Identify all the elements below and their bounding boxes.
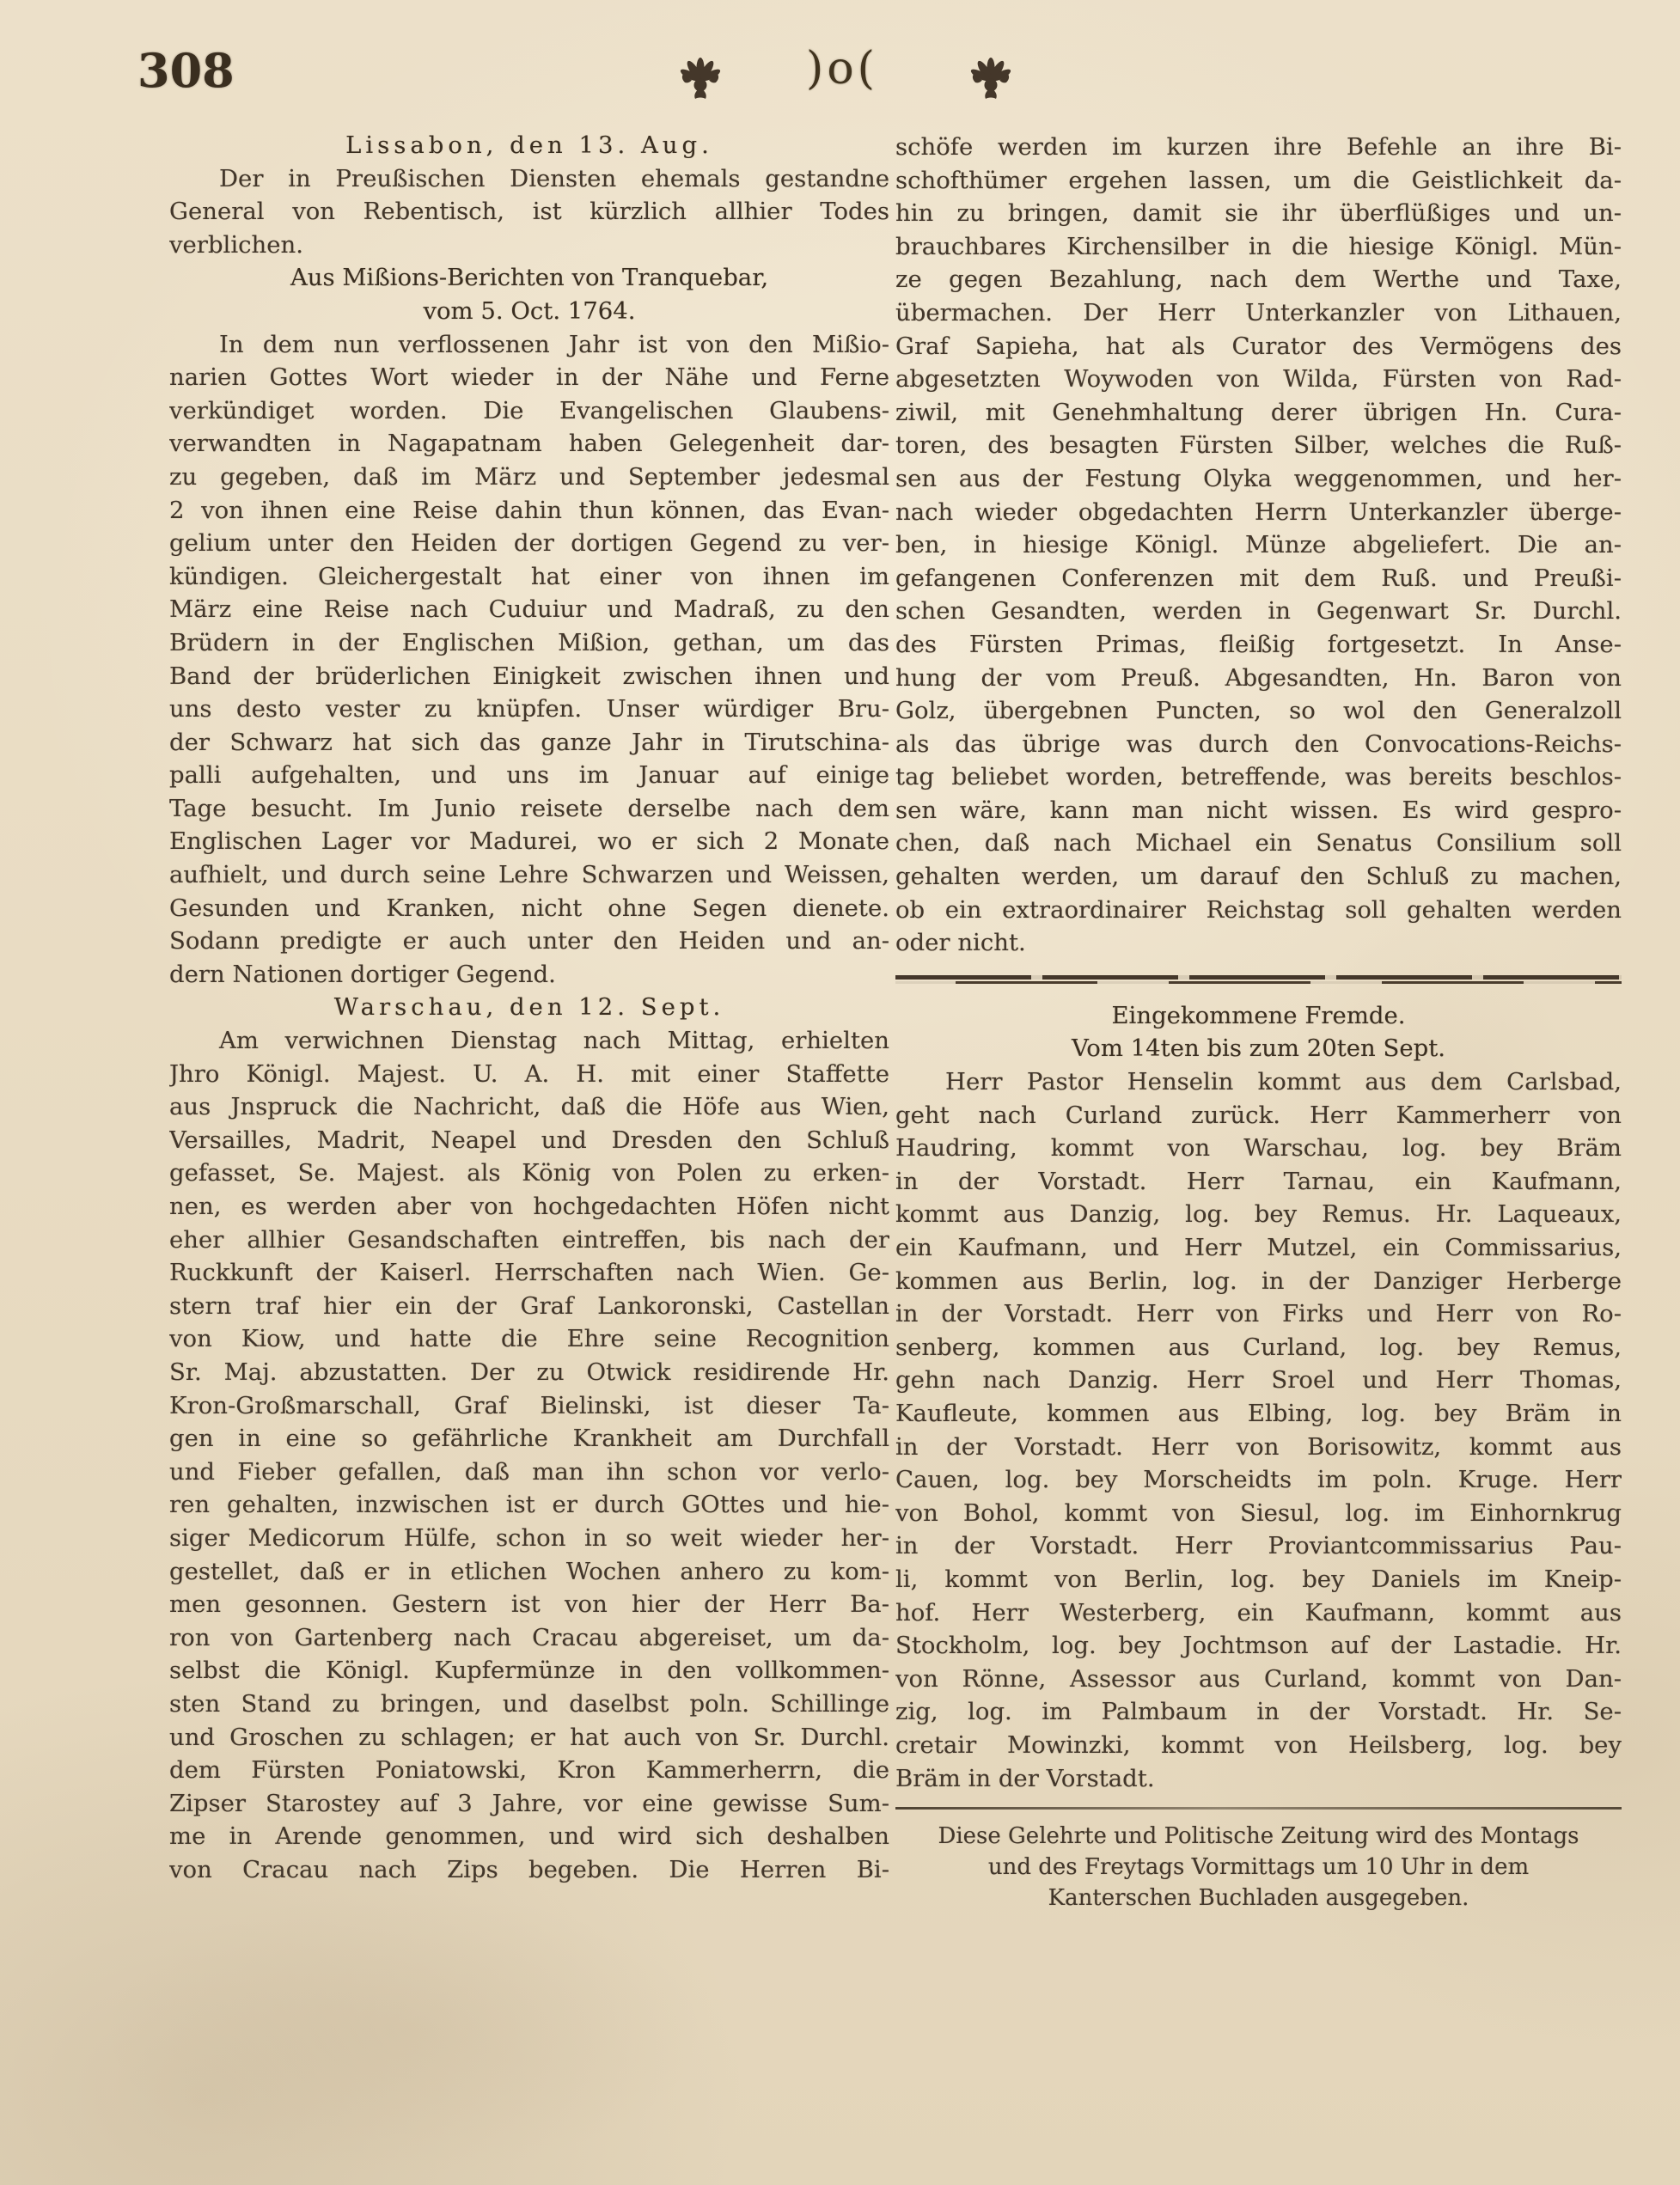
- text-line: stern traf hier ein der Graf Lankoronski…: [169, 1290, 889, 1323]
- divider-rule-thin: [895, 1807, 1622, 1810]
- text-line: aus Jnspruck die Nachricht, daß die Höfe…: [169, 1090, 889, 1124]
- text-line: Tage besucht. Im Junio reisete derselbe …: [169, 792, 889, 826]
- text-line: Am verwichnen Dienstag nach Mittag, erhi…: [169, 1024, 889, 1058]
- text-line: Golz, übergebnen Puncten, so wol den Gen…: [895, 694, 1622, 728]
- heading-line: Aus Mißions-Berichten von Tranquebar,: [169, 261, 889, 295]
- text-line: cretair Mowinzki, kommt von Heilsberg, l…: [895, 1729, 1622, 1762]
- text-line: und Groschen zu schlagen; er hat auch vo…: [169, 1721, 889, 1755]
- text-line: Herr Pastor Henselin kommt aus dem Carls…: [895, 1065, 1622, 1099]
- text-line: tag beliebet worden, betreffende, was be…: [895, 760, 1622, 794]
- text-line: Brüdern in der Englischen Mißion, gethan…: [169, 626, 889, 660]
- heading-line: Vom 14ten bis zum 20ten Sept.: [895, 1032, 1622, 1065]
- text-line: gefangenen Conferenzen mit dem Ruß. und …: [895, 562, 1622, 595]
- text-line: hin zu bringen, damit sie ihr überflüßig…: [895, 197, 1622, 230]
- text-line: Kaufleute, kommen aus Elbing, log. bey B…: [895, 1397, 1622, 1431]
- text-line: ob ein extraordinairer Reichstag soll ge…: [895, 894, 1622, 927]
- text-line: Haudring, kommt von Warschau, log. bey B…: [895, 1132, 1622, 1165]
- text-line: sen aus der Festung Olyka weggenommen, u…: [895, 462, 1622, 496]
- text-line: ben, in hiesige Königl. Münze abgeliefer…: [895, 528, 1622, 562]
- text-line: als das übrige was durch den Convocation…: [895, 728, 1622, 761]
- text-line: von Bohol, kommt von Siesul, log. im Ein…: [895, 1497, 1622, 1530]
- text-line: von Rönne, Assessor aus Curland, kommt v…: [895, 1663, 1622, 1696]
- text-line: sen wäre, kann man nicht wissen. Es wird…: [895, 794, 1622, 827]
- text-line: ziwil, mit Genehmhaltung derer übrigen H…: [895, 396, 1622, 430]
- text-line: ein Kaufmann, und Herr Mutzel, ein Commi…: [895, 1231, 1622, 1265]
- text-line: zig, log. im Palmbaum in der Vorstadt. H…: [895, 1695, 1622, 1729]
- text-line: oder nicht.: [895, 926, 1622, 960]
- text-line: Bräm in der Vorstadt.: [895, 1762, 1622, 1796]
- text-line: senberg, kommen aus Curland, log. bey Re…: [895, 1331, 1622, 1364]
- text-line: nach wieder obgedachten Herrn Unterkanzl…: [895, 496, 1622, 529]
- text-line: ren gehalten, inzwischen ist er durch GO…: [169, 1488, 889, 1522]
- column-left: Lissabon, den 13. Aug.Der in Preußischen…: [169, 129, 889, 1886]
- page-number: 308: [137, 43, 235, 98]
- fleuron-palmette-icon: [674, 53, 727, 107]
- text-line: und Fieber gefallen, daß man ihn schon v…: [169, 1456, 889, 1489]
- text-line: gehalten werden, um darauf den Schluß zu…: [895, 860, 1622, 894]
- text-line: hung der vom Preuß. Abgesandten, Hn. Bar…: [895, 662, 1622, 695]
- text-line: Versailles, Madrit, Neapel und Dresden d…: [169, 1124, 889, 1157]
- divider-rule-thick: [895, 974, 1622, 985]
- text-line: brauchbares Kirchensilber in die hiesige…: [895, 230, 1622, 264]
- ornament-separator: )o(: [806, 43, 878, 95]
- text-line: Zipser Starostey auf 3 Jahre, vor eine g…: [169, 1787, 889, 1821]
- text-line: Sr. Maj. abzustatten. Der zu Otwick resi…: [169, 1356, 889, 1389]
- text-line: gestellet, daß er in etlichen Wochen anh…: [169, 1555, 889, 1589]
- text-line: dem Fürsten Poniatowski, Kron Kammerherr…: [169, 1754, 889, 1787]
- text-line: schöfe werden im kurzen ihre Befehle an …: [895, 131, 1622, 164]
- text-line: März eine Reise nach Cuduiur und Madraß,…: [169, 593, 889, 626]
- text-line: gehn nach Danzig. Herr Sroel und Herr Th…: [895, 1364, 1622, 1397]
- text-line: gefasset, Se. Majest. als König von Pole…: [169, 1157, 889, 1190]
- text-line: Englischen Lager vor Madurei, wo er sich…: [169, 825, 889, 858]
- text-line: der Schwarz hat sich das ganze Jahr in T…: [169, 726, 889, 760]
- text-line: zu gegeben, daß im März und September je…: [169, 461, 889, 494]
- text-line: Jhro Königl. Majest. U. A. H. mit einer …: [169, 1058, 889, 1091]
- text-line: kommt aus Danzig, log. bey Remus. Hr. La…: [895, 1198, 1622, 1231]
- text-line: in der Vorstadt. Herr Tarnau, ein Kaufma…: [895, 1165, 1622, 1199]
- text-line: Sodann predigte er auch unter den Heiden…: [169, 925, 889, 958]
- text-line: Gesunden und Kranken, nicht ohne Segen d…: [169, 892, 889, 925]
- text-line: eher allhier Gesandschaften eintreffen, …: [169, 1224, 889, 1257]
- heading-line: Eingekommene Fremde.: [895, 999, 1622, 1033]
- text-line: chen, daß nach Michael ein Senatus Consi…: [895, 827, 1622, 860]
- text-line: Der in Preußischen Diensten ehemals gest…: [169, 162, 889, 196]
- text-line: In dem nun verflossenen Jahr ist von den…: [169, 328, 889, 362]
- text-line: kommen aus Berlin, log. in der Danziger …: [895, 1265, 1622, 1298]
- text-line: nen, es werden aber von hochgedachten Hö…: [169, 1190, 889, 1224]
- text-line: des Fürsten Primas, fleißig fortgesetzt.…: [895, 628, 1622, 662]
- text-line: hof. Herr Westerberg, ein Kaufmann, komm…: [895, 1596, 1622, 1630]
- text-line: ron von Gartenberg nach Cracau abgereise…: [169, 1621, 889, 1655]
- text-line: übermachen. Der Herr Unterkanzler von Li…: [895, 296, 1622, 330]
- text-line: in der Vorstadt. Herr Proviantcommissari…: [895, 1529, 1622, 1563]
- fleuron-palmette-icon: [964, 53, 1017, 107]
- text-line: schofthümer ergehen lassen, um die Geist…: [895, 164, 1622, 198]
- text-line: sten Stand zu bringen, und daselbst poln…: [169, 1688, 889, 1721]
- text-line: toren, des besagten Fürsten Silber, welc…: [895, 429, 1622, 462]
- text-line: Band der brüderlichen Einigkeit zwischen…: [169, 660, 889, 693]
- column-right: schöfe werden im kurzen ihre Befehle an …: [895, 131, 1622, 1913]
- text-line: dern Nationen dortiger Gegend.: [169, 958, 889, 992]
- text-line: kündigen. Gleichergestalt hat einer von …: [169, 560, 889, 594]
- text-line: li, kommt von Berlin, log. bey Daniels i…: [895, 1563, 1622, 1596]
- text-line: ze gegen Bezahlung, nach dem Werthe und …: [895, 263, 1622, 296]
- text-line: verkündiget worden. Die Evangelischen Gl…: [169, 394, 889, 428]
- heading-line: vom 5. Oct. 1764.: [169, 295, 889, 328]
- text-line: 2 von ihnen eine Reise dahin thun können…: [169, 494, 889, 528]
- text-line: Stockholm, log. bey Jochtmson auf der La…: [895, 1629, 1622, 1663]
- text-line: Ruckkunft der Kaiserl. Herrschaften nach…: [169, 1256, 889, 1290]
- text-line: geht nach Curland zurück. Herr Kammerher…: [895, 1099, 1622, 1132]
- text-line: abgesetzten Woywoden von Wilda, Fürsten …: [895, 363, 1622, 396]
- newspaper-page: 308 )o(: [0, 0, 1680, 2185]
- text-line: aufhielt, und durch seine Lehre Schwarze…: [169, 858, 889, 892]
- header-ornaments: )o(: [662, 41, 1023, 119]
- text-line: in der Vorstadt. Herr von Borisowitz, ko…: [895, 1431, 1622, 1464]
- text-line: Cauen, log. bey Morscheidts im poln. Kru…: [895, 1463, 1622, 1497]
- text-line: selbst die Königl. Kupfermünze in den vo…: [169, 1654, 889, 1688]
- text-line: von Cracau nach Zips begeben. Die Herren…: [169, 1853, 889, 1887]
- text-line: narien Gottes Wort wieder in der Nähe un…: [169, 361, 889, 394]
- text-line: schen Gesandten, werden in Gegenwart Sr.…: [895, 595, 1622, 628]
- notice-line: Kanterschen Buchladen ausgegeben.: [895, 1883, 1622, 1913]
- heading-line: Lissabon, den 13. Aug.: [169, 129, 889, 162]
- paper-stain: [103, 1890, 705, 2174]
- text-line: General von Rebentisch, ist kürzlich all…: [169, 195, 889, 229]
- text-line: Kron-Großmarschall, Graf Bielinski, ist …: [169, 1389, 889, 1423]
- text-line: me in Arende genommen, und wird sich des…: [169, 1820, 889, 1853]
- text-line: verblichen.: [169, 229, 889, 262]
- notice-line: Diese Gelehrte und Politische Zeitung wi…: [895, 1821, 1622, 1852]
- text-line: uns desto vester zu knüpfen. Unser würdi…: [169, 693, 889, 726]
- text-line: verwandten in Nagapatnam haben Gelegenhe…: [169, 427, 889, 461]
- notice-line: und des Freytags Vormittags um 10 Uhr in…: [895, 1852, 1622, 1883]
- text-line: gelium unter den Heiden der dortigen Geg…: [169, 527, 889, 560]
- text-line: von Kiow, und hatte die Ehre seine Recog…: [169, 1322, 889, 1356]
- heading-line: Warschau, den 12. Sept.: [169, 991, 889, 1024]
- text-line: Graf Sapieha, hat als Curator des Vermög…: [895, 330, 1622, 363]
- text-line: in der Vorstadt. Herr von Firks und Herr…: [895, 1297, 1622, 1331]
- text-line: men gesonnen. Gestern ist von hier der H…: [169, 1588, 889, 1621]
- text-line: gen in eine so gefährliche Krankheit am …: [169, 1422, 889, 1456]
- text-line: siger Medicorum Hülfe, schon in so weit …: [169, 1522, 889, 1555]
- text-line: palli aufgehalten, und uns im Januar auf…: [169, 759, 889, 792]
